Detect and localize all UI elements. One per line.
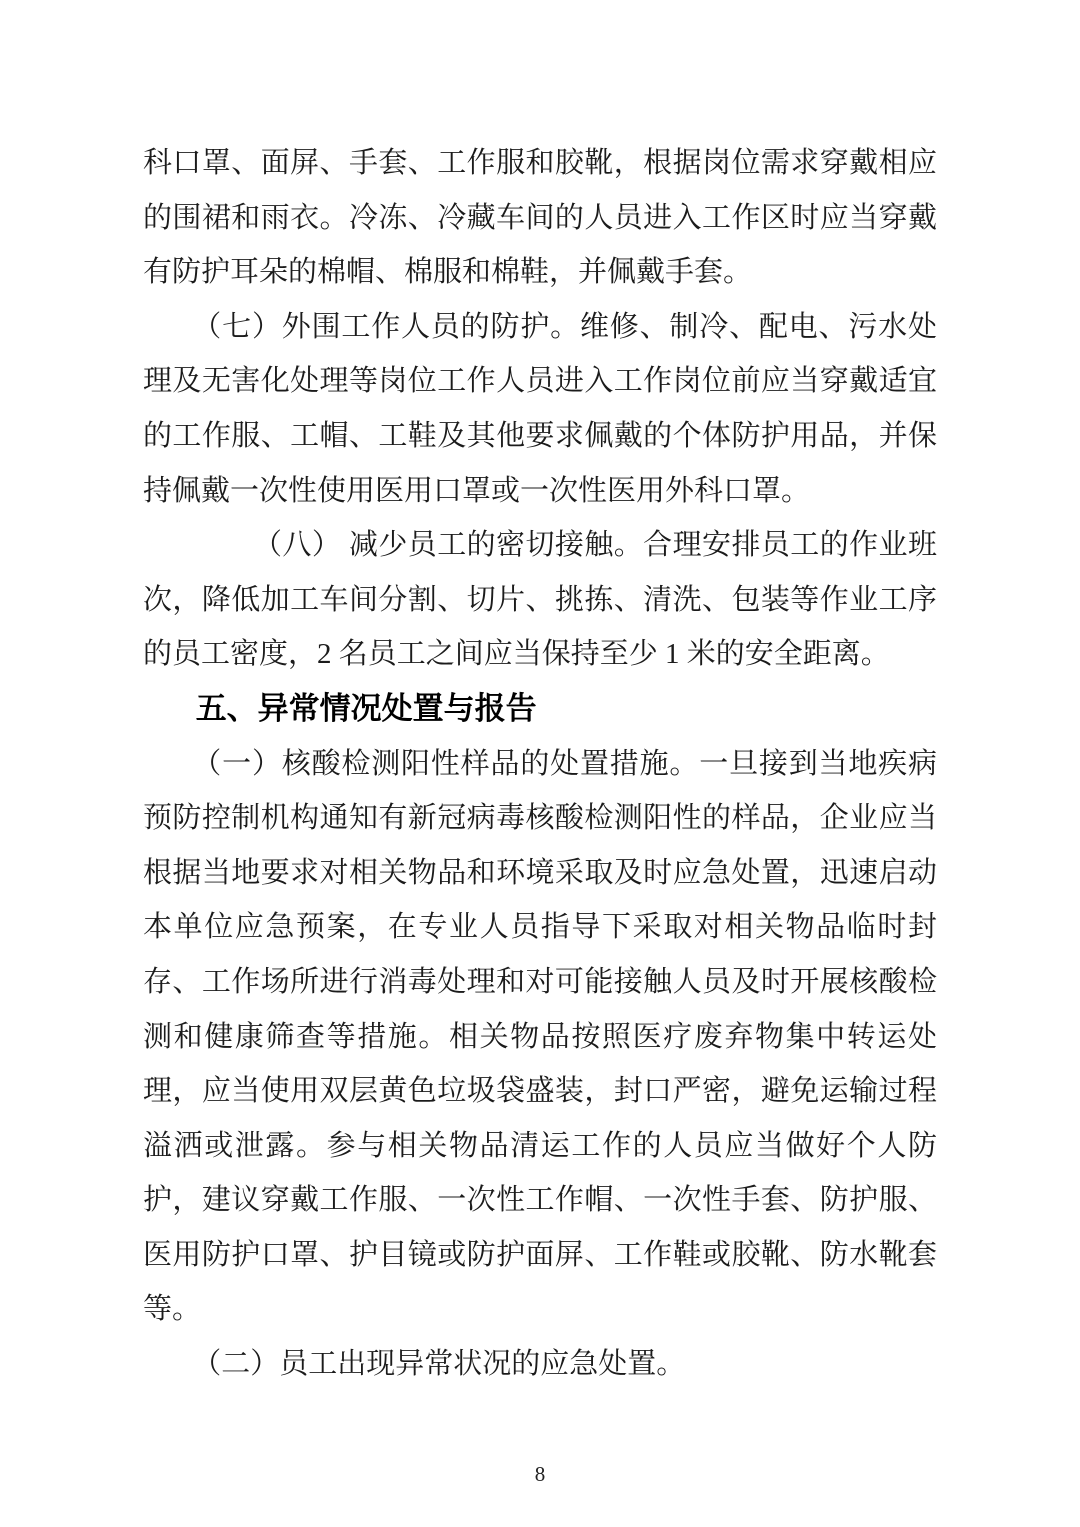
paragraph-item-seven: （七）外围工作人员的防护。维修、制冷、配电、污水处理及无害化处理等岗位工作人员进… <box>143 300 937 518</box>
paragraph-item-one: （一）核酸检测阳性样品的处置措施。一旦接到当地疾病预防控制机构通知有新冠病毒核酸… <box>143 737 937 1338</box>
paragraph-continuation: 科口罩、面屏、手套、工作服和胶靴，根据岗位需求穿戴相应的围裙和雨衣。冷冻、冷藏车… <box>143 136 937 300</box>
document-body: 科口罩、面屏、手套、工作服和胶靴，根据岗位需求穿戴相应的围裙和雨衣。冷冻、冷藏车… <box>143 136 937 1392</box>
paragraph-item-eight: （八） 减少员工的密切接触。合理安排员工的作业班次，降低加工车间分割、切片、挑拣… <box>143 518 937 682</box>
section-heading: 五、异常情况处置与报告 <box>143 682 937 737</box>
page-number: 8 <box>0 1462 1080 1487</box>
paragraph-item-two: （二）员工出现异常状况的应急处置。 <box>143 1337 937 1392</box>
document-page: 科口罩、面屏、手套、工作服和胶靴，根据岗位需求穿戴相应的围裙和雨衣。冷冻、冷藏车… <box>0 0 1080 1527</box>
